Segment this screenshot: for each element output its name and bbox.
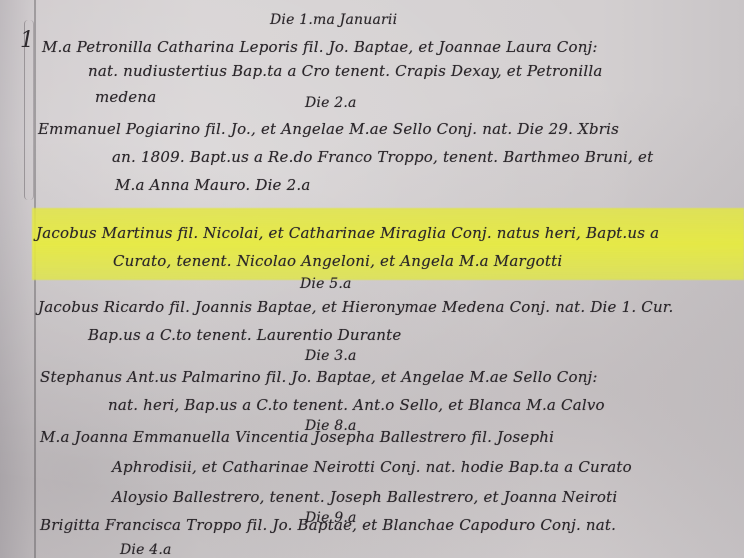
- entry-line: Aphrodisii, et Catharinae Neirotti Conj.…: [112, 458, 632, 476]
- entry-date: Die 4.a: [120, 542, 172, 558]
- register-page: 1 Die 1.ma JanuariiM.a Petronilla Cathar…: [0, 0, 744, 558]
- entry-line: Bap.us a C.to tenent. Laurentio Durante: [88, 326, 401, 344]
- entry-date: Die 2.a: [305, 95, 357, 111]
- entry-line: Emmanuel Pogiarino fil. Jo., et Angelae …: [38, 120, 619, 138]
- entry-line: Aloysio Ballestrero, tenent. Joseph Ball…: [112, 488, 617, 506]
- entry-line: nat. nudiustertius Bap.ta a Cro tenent. …: [88, 62, 603, 80]
- highlighted-entry-line: Jacobus Martinus fil. Nicolai, et Cathar…: [36, 224, 659, 242]
- entry-date: Die 5.a: [300, 276, 352, 292]
- entry-line: M.a Joanna Emmanuella Vincentia Josepha …: [40, 428, 554, 446]
- entry-date: Die 1.ma Januarii: [270, 12, 397, 28]
- highlighted-entry-line: Curato, tenent. Nicolao Angeloni, et Ang…: [113, 252, 562, 270]
- entry-line: medena: [95, 88, 156, 106]
- entry-line: an. 1809. Bapt.us a Re.do Franco Troppo,…: [112, 148, 653, 166]
- entry-line: Brigitta Francisca Troppo fil. Jo. Bapta…: [40, 516, 616, 534]
- entry-line: M.a Petronilla Catharina Leporis fil. Jo…: [42, 38, 598, 56]
- margin-mark: 1: [20, 28, 34, 53]
- entry-line: M.a Anna Mauro. Die 2.a: [115, 176, 310, 194]
- entry-date: Die 3.a: [305, 348, 357, 364]
- entry-line: nat. heri, Bap.us a C.to tenent. Ant.o S…: [108, 396, 605, 414]
- entry-line: Jacobus Ricardo fil. Joannis Baptae, et …: [38, 298, 674, 316]
- entry-line: Stephanus Ant.us Palmarino fil. Jo. Bapt…: [40, 368, 598, 386]
